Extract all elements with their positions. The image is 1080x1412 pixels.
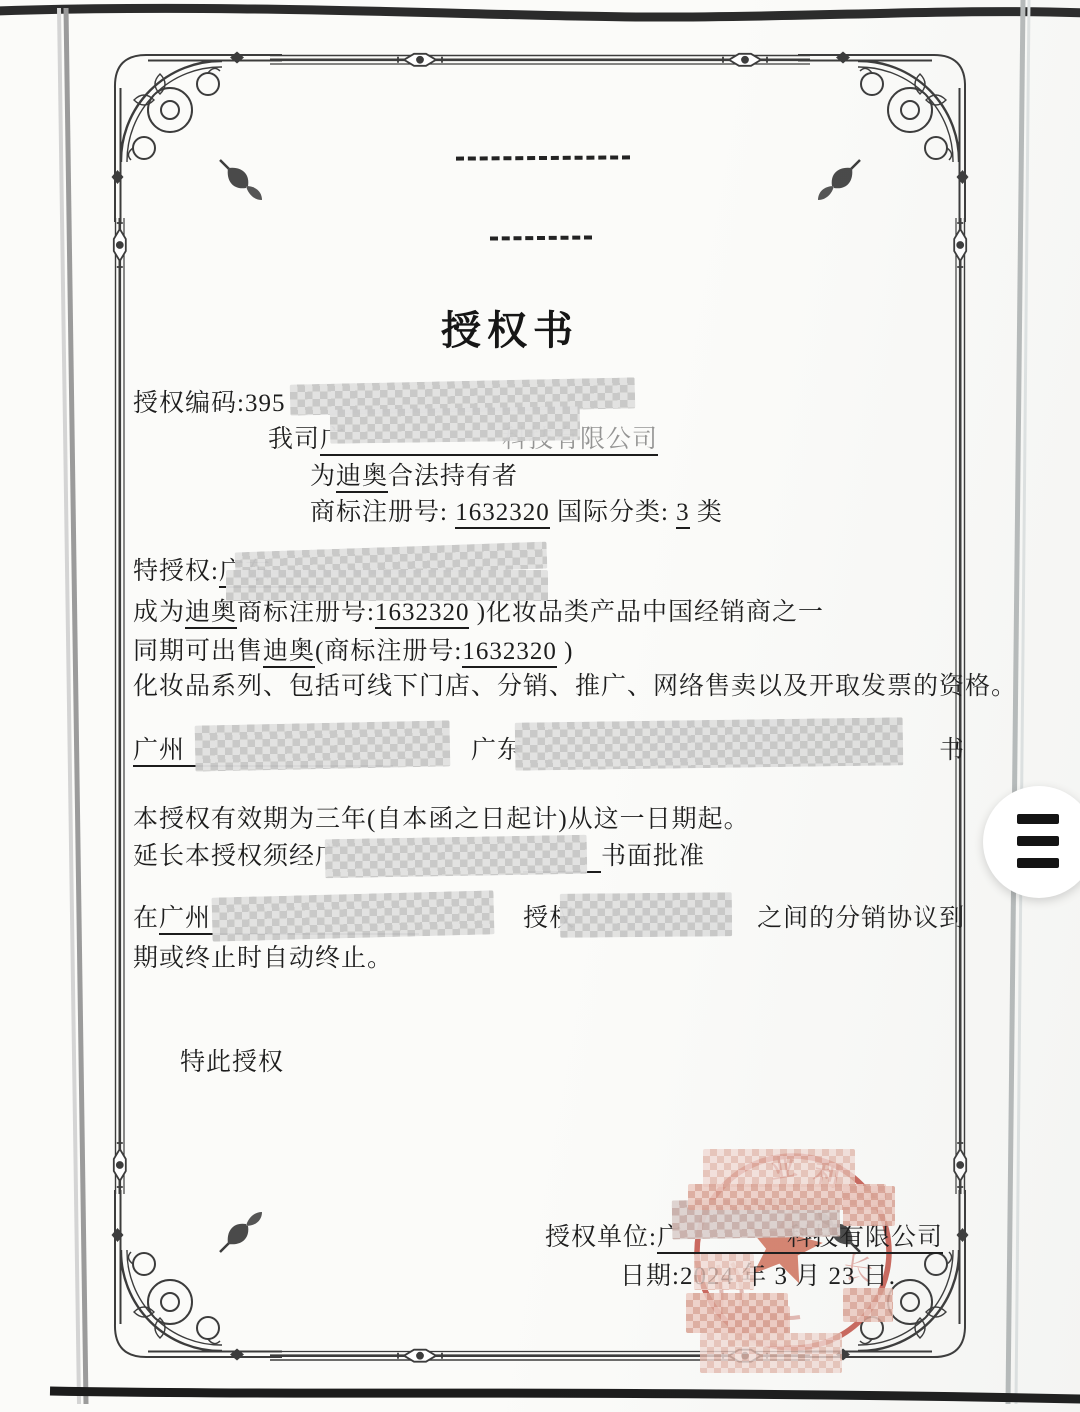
- doc-line-validity: 本授权有效期为三年(自本函之日起计)从这一日期起。: [133, 804, 750, 835]
- text-segment: 迪奥: [263, 638, 315, 668]
- text-segment: 合法持有者: [388, 463, 518, 490]
- redaction-mosaic: [560, 892, 732, 937]
- document-title: 授权书: [0, 299, 1020, 356]
- redaction-mosaic-seal: [700, 1333, 842, 1373]
- text-segment: 商标注册号:: [237, 599, 375, 626]
- doc-line-hereby: 特此授权: [180, 1047, 284, 1078]
- authorization-letter-photo: { "doc": { "title": "授权书", "lines": { "a…: [0, 0, 1080, 1412]
- redaction-mosaic: [325, 835, 588, 879]
- text-segment: 广州: [133, 737, 185, 767]
- text-segment: 在: [133, 905, 159, 932]
- redaction-mosaic: [226, 570, 548, 601]
- text-segment: 迪奥: [185, 599, 237, 629]
- redaction-mosaic: [211, 890, 494, 941]
- doc-line-distributor: 成为迪奥商标注册号:1632320 )化妆品类产品中国经销商之一: [133, 597, 824, 628]
- text-segment: 国际分类:: [550, 499, 676, 526]
- text-segment: (商标注册号:: [315, 638, 462, 665]
- redaction-mosaic-seal: [694, 1254, 754, 1290]
- text-segment: 同期可出售: [133, 638, 263, 665]
- text-segment: 之间的分销协议到: [757, 905, 965, 932]
- text-segment: 本授权有效期为三年(自本函之日起计)从这一日期起。: [133, 806, 750, 833]
- doc-line-resale: 同期可出售迪奥(商标注册号:1632320 ): [133, 636, 573, 667]
- text-segment: 授权单位:: [545, 1224, 657, 1251]
- text-segment: 特授权:: [133, 558, 219, 585]
- doc-line-scope: 化妆品系列、包括可线下门店、分销、推广、网络售卖以及开取发票的资格。: [133, 671, 1017, 702]
- text-segment: 类: [690, 499, 723, 526]
- doc-line-holder: 为迪奥合法持有者: [310, 461, 518, 492]
- redaction-mosaic-seal: [703, 1149, 855, 1187]
- text-segment: 书面批准: [601, 843, 705, 870]
- doc-line-termination-2: 期或终止时自动终止。: [133, 943, 393, 974]
- text-segment: 商标注册号:: [310, 499, 455, 526]
- text-segment: 3: [676, 499, 690, 529]
- doc-line-trademark: 商标注册号: 1632320 国际分类: 3 类: [310, 497, 723, 528]
- text-segment: 1632320: [462, 638, 557, 668]
- text-segment: 延长本授权须经广: [133, 843, 341, 870]
- doc-line-auth-code: 授权编码:395: [133, 388, 285, 419]
- text-segment: 书: [939, 737, 965, 764]
- text-segment: ): [557, 638, 574, 665]
- text-segment: 成为: [133, 599, 185, 626]
- redaction-mosaic-seal: [843, 1186, 895, 1226]
- text-segment: 广州: [159, 905, 211, 935]
- text-segment: 期或终止时自动终止。: [133, 945, 393, 972]
- hamburger-menu-icon: [1017, 814, 1059, 880]
- text-segment: )化妆品类产品中国经销商之一: [469, 599, 824, 626]
- redaction-mosaic-seal: [843, 1288, 893, 1322]
- text-segment: 日期:2024 年 3 月 23 日.: [620, 1263, 896, 1290]
- text-segment: 为: [310, 463, 336, 490]
- text-segment: 特此授权: [180, 1049, 284, 1076]
- redaction-mosaic: [330, 406, 580, 443]
- text-segment: 授权编码:395: [133, 390, 285, 417]
- text-segment: 我司: [268, 426, 320, 453]
- text-segment: 迪奥: [336, 463, 388, 493]
- text-segment: 1632320: [375, 599, 470, 629]
- text-segment: 化妆品系列、包括可线下门店、分销、推广、网络售卖以及开取发票的资格。: [133, 673, 1017, 700]
- redaction-mosaic: [515, 717, 904, 770]
- redaction-mosaic: [195, 720, 451, 771]
- text-segment: 1632320: [455, 499, 550, 529]
